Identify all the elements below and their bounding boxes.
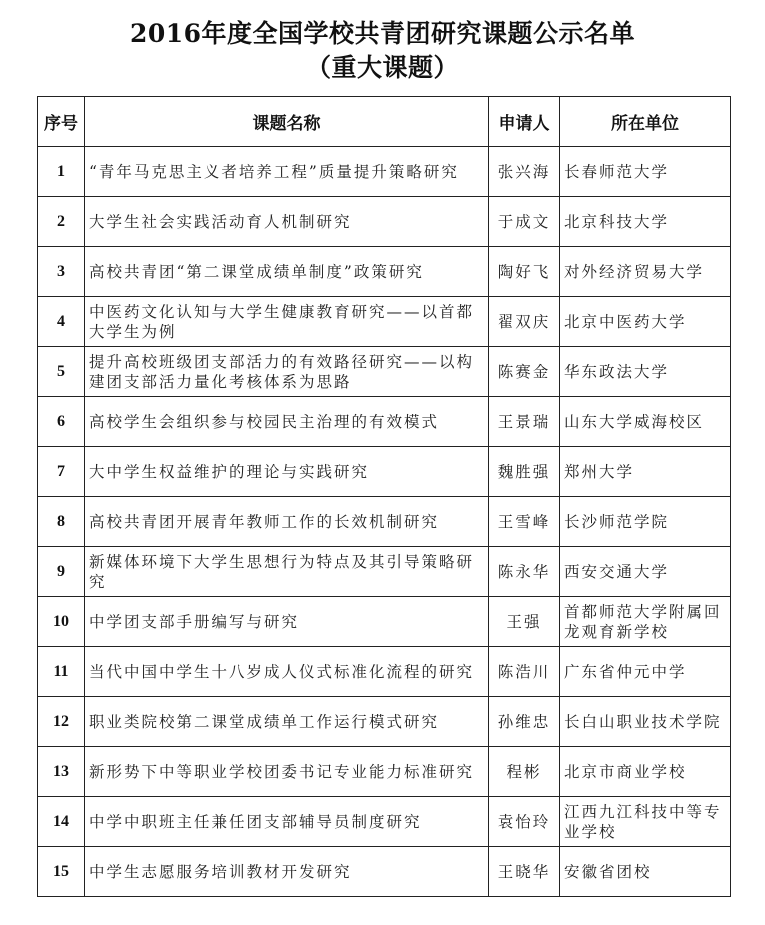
row-number: 7 xyxy=(38,447,85,497)
row-topic: 高校共青团开展青年教师工作的长效机制研究 xyxy=(85,497,489,547)
row-applicant: 王强 xyxy=(489,597,560,647)
row-applicant: 孙维忠 xyxy=(489,697,560,747)
table-header-row: 序号 课题名称 申请人 所在单位 xyxy=(38,97,731,147)
row-unit: 郑州大学 xyxy=(560,447,731,497)
row-number: 12 xyxy=(38,697,85,747)
row-unit: 广东省仲元中学 xyxy=(560,647,731,697)
row-unit: 西安交通大学 xyxy=(560,547,731,597)
row-topic: 中学生志愿服务培训教材开发研究 xyxy=(85,847,489,897)
row-number: 3 xyxy=(38,247,85,297)
row-topic: “青年马克思主义者培养工程”质量提升策略研究 xyxy=(85,147,489,197)
table-row: 3高校共青团“第二课堂成绩单制度”政策研究陶好飞对外经济贸易大学 xyxy=(38,247,731,297)
row-applicant: 张兴海 xyxy=(489,147,560,197)
row-number: 14 xyxy=(38,797,85,847)
row-applicant: 程彬 xyxy=(489,747,560,797)
row-topic: 提升高校班级团支部活力的有效路径研究——以构建团支部活力量化考核体系为思路 xyxy=(85,347,489,397)
row-applicant: 陈浩川 xyxy=(489,647,560,697)
row-topic: 新形势下中等职业学校团委书记专业能力标准研究 xyxy=(85,747,489,797)
document-title: 2016年度全国学校共青团研究课题公示名单 xyxy=(0,14,765,50)
row-unit: 北京科技大学 xyxy=(560,197,731,247)
row-unit: 长沙师范学院 xyxy=(560,497,731,547)
row-unit: 山东大学威海校区 xyxy=(560,397,731,447)
row-unit: 北京中医药大学 xyxy=(560,297,731,347)
row-number: 8 xyxy=(38,497,85,547)
row-topic: 中学中职班主任兼任团支部辅导员制度研究 xyxy=(85,797,489,847)
row-topic: 当代中国中学生十八岁成人仪式标准化流程的研究 xyxy=(85,647,489,697)
row-applicant: 王雪峰 xyxy=(489,497,560,547)
table-row: 15中学生志愿服务培训教材开发研究王晓华安徽省团校 xyxy=(38,847,731,897)
row-unit: 对外经济贸易大学 xyxy=(560,247,731,297)
table-row: 6高校学生会组织参与校园民主治理的有效模式王景瑞山东大学威海校区 xyxy=(38,397,731,447)
header-applicant: 申请人 xyxy=(489,97,560,147)
row-unit: 长白山职业技术学院 xyxy=(560,697,731,747)
row-topic: 大中学生权益维护的理论与实践研究 xyxy=(85,447,489,497)
header-unit: 所在单位 xyxy=(560,97,731,147)
row-topic: 高校共青团“第二课堂成绩单制度”政策研究 xyxy=(85,247,489,297)
row-number: 4 xyxy=(38,297,85,347)
row-applicant: 于成文 xyxy=(489,197,560,247)
row-number: 10 xyxy=(38,597,85,647)
table-row: 13新形势下中等职业学校团委书记专业能力标准研究程彬北京市商业学校 xyxy=(38,747,731,797)
row-unit: 江西九江科技中等专业学校 xyxy=(560,797,731,847)
table-row: 8高校共青团开展青年教师工作的长效机制研究王雪峰长沙师范学院 xyxy=(38,497,731,547)
row-applicant: 陶好飞 xyxy=(489,247,560,297)
header-number: 序号 xyxy=(38,97,85,147)
row-topic: 新媒体环境下大学生思想行为特点及其引导策略研究 xyxy=(85,547,489,597)
table-row: 11当代中国中学生十八岁成人仪式标准化流程的研究陈浩川广东省仲元中学 xyxy=(38,647,731,697)
row-unit: 北京市商业学校 xyxy=(560,747,731,797)
row-applicant: 陈永华 xyxy=(489,547,560,597)
row-unit: 华东政法大学 xyxy=(560,347,731,397)
table-row: 7大中学生权益维护的理论与实践研究魏胜强郑州大学 xyxy=(38,447,731,497)
table-row: 10中学团支部手册编写与研究王强首都师范大学附属回龙观育新学校 xyxy=(38,597,731,647)
row-number: 13 xyxy=(38,747,85,797)
row-unit: 首都师范大学附属回龙观育新学校 xyxy=(560,597,731,647)
table-row: 4中医药文化认知与大学生健康教育研究——以首都大学生为例翟双庆北京中医药大学 xyxy=(38,297,731,347)
row-number: 1 xyxy=(38,147,85,197)
table-row: 14中学中职班主任兼任团支部辅导员制度研究袁怡玲江西九江科技中等专业学校 xyxy=(38,797,731,847)
row-topic: 高校学生会组织参与校园民主治理的有效模式 xyxy=(85,397,489,447)
row-number: 9 xyxy=(38,547,85,597)
row-number: 5 xyxy=(38,347,85,397)
row-applicant: 王景瑞 xyxy=(489,397,560,447)
table-row: 9新媒体环境下大学生思想行为特点及其引导策略研究陈永华西安交通大学 xyxy=(38,547,731,597)
row-applicant: 陈赛金 xyxy=(489,347,560,397)
row-number: 11 xyxy=(38,647,85,697)
row-unit: 安徽省团校 xyxy=(560,847,731,897)
row-number: 2 xyxy=(38,197,85,247)
row-number: 6 xyxy=(38,397,85,447)
table-row: 5提升高校班级团支部活力的有效路径研究——以构建团支部活力量化考核体系为思路陈赛… xyxy=(38,347,731,397)
row-number: 15 xyxy=(38,847,85,897)
project-table: 序号 课题名称 申请人 所在单位 1“青年马克思主义者培养工程”质量提升策略研究… xyxy=(37,96,731,897)
header-topic: 课题名称 xyxy=(85,97,489,147)
row-applicant: 袁怡玲 xyxy=(489,797,560,847)
row-applicant: 王晓华 xyxy=(489,847,560,897)
row-unit: 长春师范大学 xyxy=(560,147,731,197)
row-topic: 中医药文化认知与大学生健康教育研究——以首都大学生为例 xyxy=(85,297,489,347)
row-applicant: 魏胜强 xyxy=(489,447,560,497)
document-subtitle: （重大课题） xyxy=(0,48,765,84)
table-row: 1“青年马克思主义者培养工程”质量提升策略研究张兴海长春师范大学 xyxy=(38,147,731,197)
table-row: 12职业类院校第二课堂成绩单工作运行模式研究孙维忠长白山职业技术学院 xyxy=(38,697,731,747)
row-topic: 大学生社会实践活动育人机制研究 xyxy=(85,197,489,247)
row-applicant: 翟双庆 xyxy=(489,297,560,347)
row-topic: 中学团支部手册编写与研究 xyxy=(85,597,489,647)
row-topic: 职业类院校第二课堂成绩单工作运行模式研究 xyxy=(85,697,489,747)
table-row: 2大学生社会实践活动育人机制研究于成文北京科技大学 xyxy=(38,197,731,247)
